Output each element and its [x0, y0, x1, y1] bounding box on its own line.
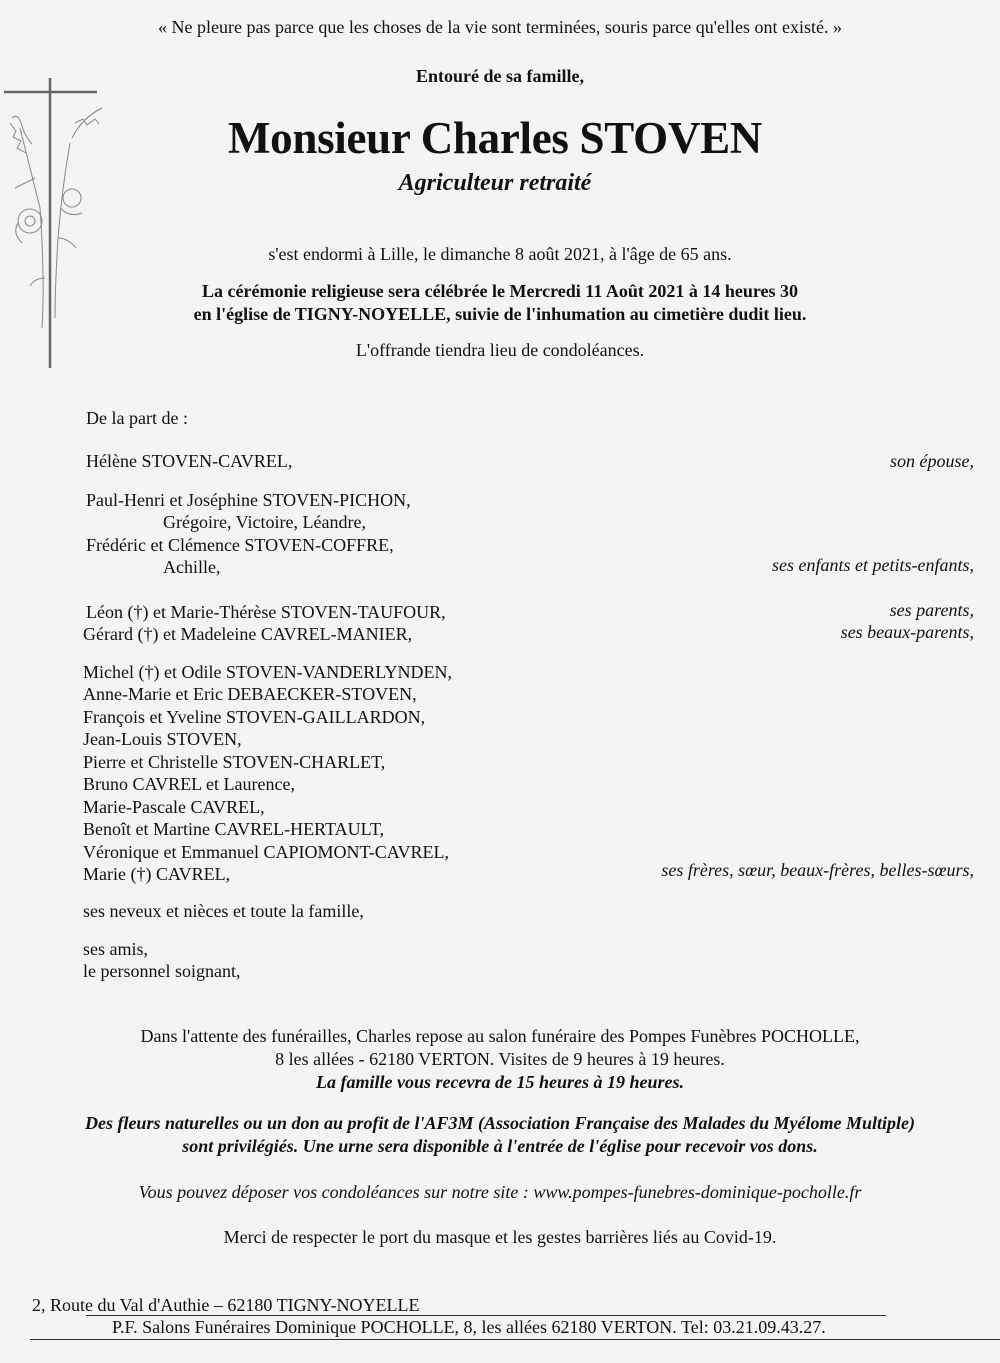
condolences-site[interactable]: Vous pouvez déposer vos condoléances sur…: [0, 1182, 1000, 1203]
ceremony-info: La cérémonie religieuse sera célébrée le…: [0, 280, 1000, 326]
nephews-line: ses neveux et nièces et toute la famille…: [83, 901, 364, 922]
sibling-line: Anne-Marie et Eric DEBAECKER-STOVEN,: [83, 684, 417, 705]
ceremony-line-2: en l'église de TIGNY-NOYELLE, suivie de …: [0, 303, 1000, 326]
footer-funeral-home: P.F. Salons Funéraires Dominique POCHOLL…: [112, 1317, 826, 1338]
sibling-line: Pierre et Christelle STOVEN-CHARLET,: [83, 752, 385, 773]
siblings-relation: ses frères, sœur, beaux-frères, belles-s…: [661, 860, 974, 881]
spouse-relation: son épouse,: [890, 451, 974, 472]
flowers-line-2: sont privilégiés. Une urne sera disponib…: [0, 1135, 1000, 1158]
visitation-line-1: Dans l'attente des funérailles, Charles …: [0, 1025, 1000, 1048]
visitation-line-3: La famille vous recevra de 15 heures à 1…: [0, 1071, 1000, 1094]
friends-line: ses amis,: [83, 939, 148, 960]
flowers-line-1: Des fleurs naturelles ou un don au profi…: [0, 1112, 1000, 1135]
sibling-line: Jean-Louis STOVEN,: [83, 729, 242, 750]
children-relation: ses enfants et petits-enfants,: [772, 555, 974, 576]
footer-divider: [86, 1315, 886, 1316]
death-notice: s'est endormi à Lille, le dimanche 8 aoû…: [0, 244, 1000, 265]
parents-relation: ses parents,: [890, 600, 974, 621]
staff-line: le personnel soignant,: [83, 961, 240, 982]
intro-line: Entouré de sa famille,: [0, 66, 1000, 87]
parents-line: Léon (†) et Marie-Thérèse STOVEN-TAUFOUR…: [86, 602, 446, 623]
ceremony-line-1: La cérémonie religieuse sera célébrée le…: [0, 280, 1000, 303]
sibling-line: François et Yveline STOVEN-GAILLARDON,: [83, 707, 425, 728]
deceased-occupation: Agriculteur retraité: [0, 170, 990, 197]
sibling-line: Marie (†) CAVREL,: [83, 864, 230, 885]
in-laws-relation: ses beaux-parents,: [841, 622, 974, 643]
child-line: Paul-Henri et Joséphine STOVEN-PICHON,: [86, 490, 411, 511]
visitation-line-2: 8 les allées - 62180 VERTON. Visites de …: [0, 1048, 1000, 1071]
flowers-donation-notice: Des fleurs naturelles ou un don au profi…: [0, 1112, 1000, 1158]
sibling-line: Benoît et Martine CAVREL-HERTAULT,: [83, 819, 384, 840]
grandchildren-line: Achille,: [163, 557, 220, 578]
in-laws-line: Gérard (†) et Madeleine CAVREL-MANIER,: [83, 624, 412, 645]
sibling-line: Marie-Pascale CAVREL,: [83, 797, 265, 818]
covid-notice: Merci de respecter le port du masque et …: [0, 1227, 1000, 1248]
spouse-name: Hélène STOVEN-CAVREL,: [86, 451, 292, 472]
epigraph-quote: « Ne pleure pas parce que les choses de …: [0, 17, 1000, 38]
footer-address: 2, Route du Val d'Authie – 62180 TIGNY-N…: [32, 1295, 420, 1316]
child-line: Frédéric et Clémence STOVEN-COFFRE,: [86, 535, 394, 556]
deceased-name: Monsieur Charles STOVEN: [0, 112, 990, 164]
sibling-line: Bruno CAVREL et Laurence,: [83, 774, 295, 795]
footer-divider: [30, 1339, 1000, 1340]
from-label: De la part de :: [86, 408, 188, 429]
offrande-notice: L'offrande tiendra lieu de condoléances.: [0, 340, 1000, 361]
visitation-info: Dans l'attente des funérailles, Charles …: [0, 1025, 1000, 1094]
sibling-line: Véronique et Emmanuel CAPIOMONT-CAVREL,: [83, 842, 449, 863]
sibling-line: Michel (†) et Odile STOVEN-VANDERLYNDEN,: [83, 662, 452, 683]
grandchildren-line: Grégoire, Victoire, Léandre,: [163, 512, 366, 533]
